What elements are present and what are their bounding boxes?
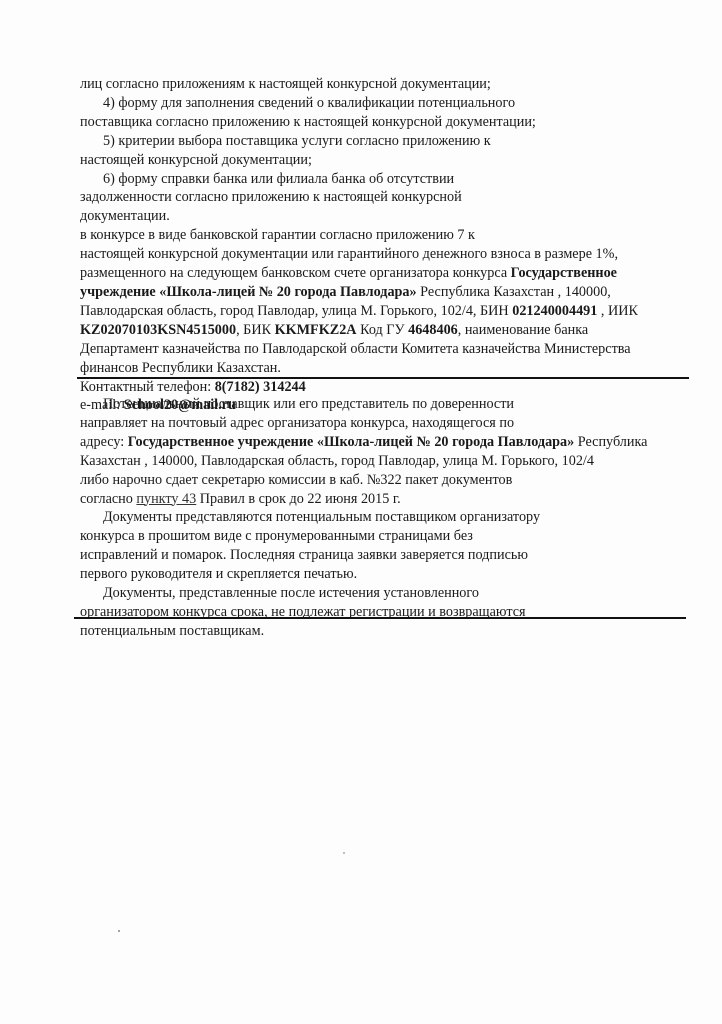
phone-label: Контактный телефон: <box>80 379 215 395</box>
scan-speck <box>343 852 345 854</box>
text-line: документации. <box>80 207 700 226</box>
text-line-item-6: 6) форму справки банка или филиала банка… <box>80 170 700 189</box>
account-line-2: учреждение «Школа-лицей № 20 города Павл… <box>80 283 700 302</box>
text-line: задолженности согласно приложению к наст… <box>80 188 700 207</box>
phone-line: Контактный телефон: 8(7182) 314244 <box>80 378 700 397</box>
horizontal-rule <box>74 617 686 619</box>
account-line-1: размещенного на следующем банковском сче… <box>80 264 700 283</box>
account-text: размещенного на следующем банковском сче… <box>80 265 511 281</box>
bank-line-1: Департамент казначейства по Павлодарской… <box>80 340 700 359</box>
text-line: Документы, представленные после истечени… <box>80 584 700 603</box>
address-label: адресу: <box>80 434 128 450</box>
deadline-line: согласно пункту 43 Правил в срок до 22 и… <box>80 490 700 509</box>
kod-gu-value: 4648406 <box>408 322 458 338</box>
text-line: Потенциальный поставщик или его представ… <box>80 395 700 414</box>
text-line: организатором конкурса срока, не подлежа… <box>80 603 700 622</box>
scan-speck <box>118 930 120 932</box>
iik-value: KZ02070103KSN4515000 <box>80 322 236 338</box>
text-line: настоящей конкурсной документации или га… <box>80 245 700 264</box>
bik-label: , БИК <box>236 322 275 338</box>
text-fragment: согласно <box>80 491 136 507</box>
text-line: лиц согласно приложениям к настоящей кон… <box>80 75 700 94</box>
text-line: исправлений и помарок. Последняя страниц… <box>80 546 700 565</box>
text-line-item-4: 4) форму для заполнения сведений о квали… <box>80 94 700 113</box>
text-line: конкурса в прошитом виде с пронумерованн… <box>80 527 700 546</box>
text-line: в конкурсе в виде банковской гарантии со… <box>80 226 700 245</box>
bik-value: KKMFKZ2A <box>275 322 357 338</box>
account-line-4: KZ02070103KSN4515000, БИК KKMFKZ2A Код Г… <box>80 321 700 340</box>
text-line: Казахстан , 140000, Павлодарская область… <box>80 452 700 471</box>
bank-line-2: финансов Республики Казахстан. <box>80 359 700 378</box>
organization-name: учреждение «Школа-лицей № 20 города Павл… <box>80 284 417 300</box>
text-fragment: Правил в срок до 22 июня 2015 г. <box>196 491 400 507</box>
organization-name: Государственное <box>511 265 617 281</box>
iik-label: , ИИК <box>597 303 638 319</box>
section-bottom: Потенциальный поставщик или его представ… <box>80 395 700 641</box>
text-line: Документы представляются потенциальным п… <box>80 508 700 527</box>
text-line: поставщика согласно приложению к настоящ… <box>80 113 700 132</box>
section-top: лиц согласно приложениям к настоящей кон… <box>80 75 700 415</box>
rule-reference-link[interactable]: пункту 43 <box>136 491 196 507</box>
text-line: настоящей конкурсной документации; <box>80 151 700 170</box>
address-text: Республика Казахстан , 140000, <box>417 284 611 300</box>
document-page: лиц согласно приложениям к настоящей кон… <box>0 0 722 1024</box>
organization-name: Государственное учреждение «Школа-лицей … <box>128 434 574 450</box>
account-line-3: Павлодарская область, город Павлодар, ул… <box>80 302 700 321</box>
text-line: потенциальным поставщикам. <box>80 622 700 641</box>
phone-value: 8(7182) 314244 <box>215 379 306 395</box>
text-line-item-5: 5) критерии выбора поставщика услуги сог… <box>80 132 700 151</box>
bin-value: 021240004491 <box>512 303 597 319</box>
address-line: адресу: Государственное учреждение «Школ… <box>80 433 700 452</box>
bank-name-label: , наименование банка <box>458 322 588 338</box>
text-line: направляет на почтовый адрес организатор… <box>80 414 700 433</box>
kod-gu-label: Код ГУ <box>357 322 409 338</box>
address-text: Республика <box>574 434 647 450</box>
address-text: Павлодарская область, город Павлодар, ул… <box>80 303 512 319</box>
horizontal-rule <box>77 377 689 379</box>
text-line: первого руководителя и скрепляется печат… <box>80 565 700 584</box>
text-line: либо нарочно сдает секретарю комиссии в … <box>80 471 700 490</box>
